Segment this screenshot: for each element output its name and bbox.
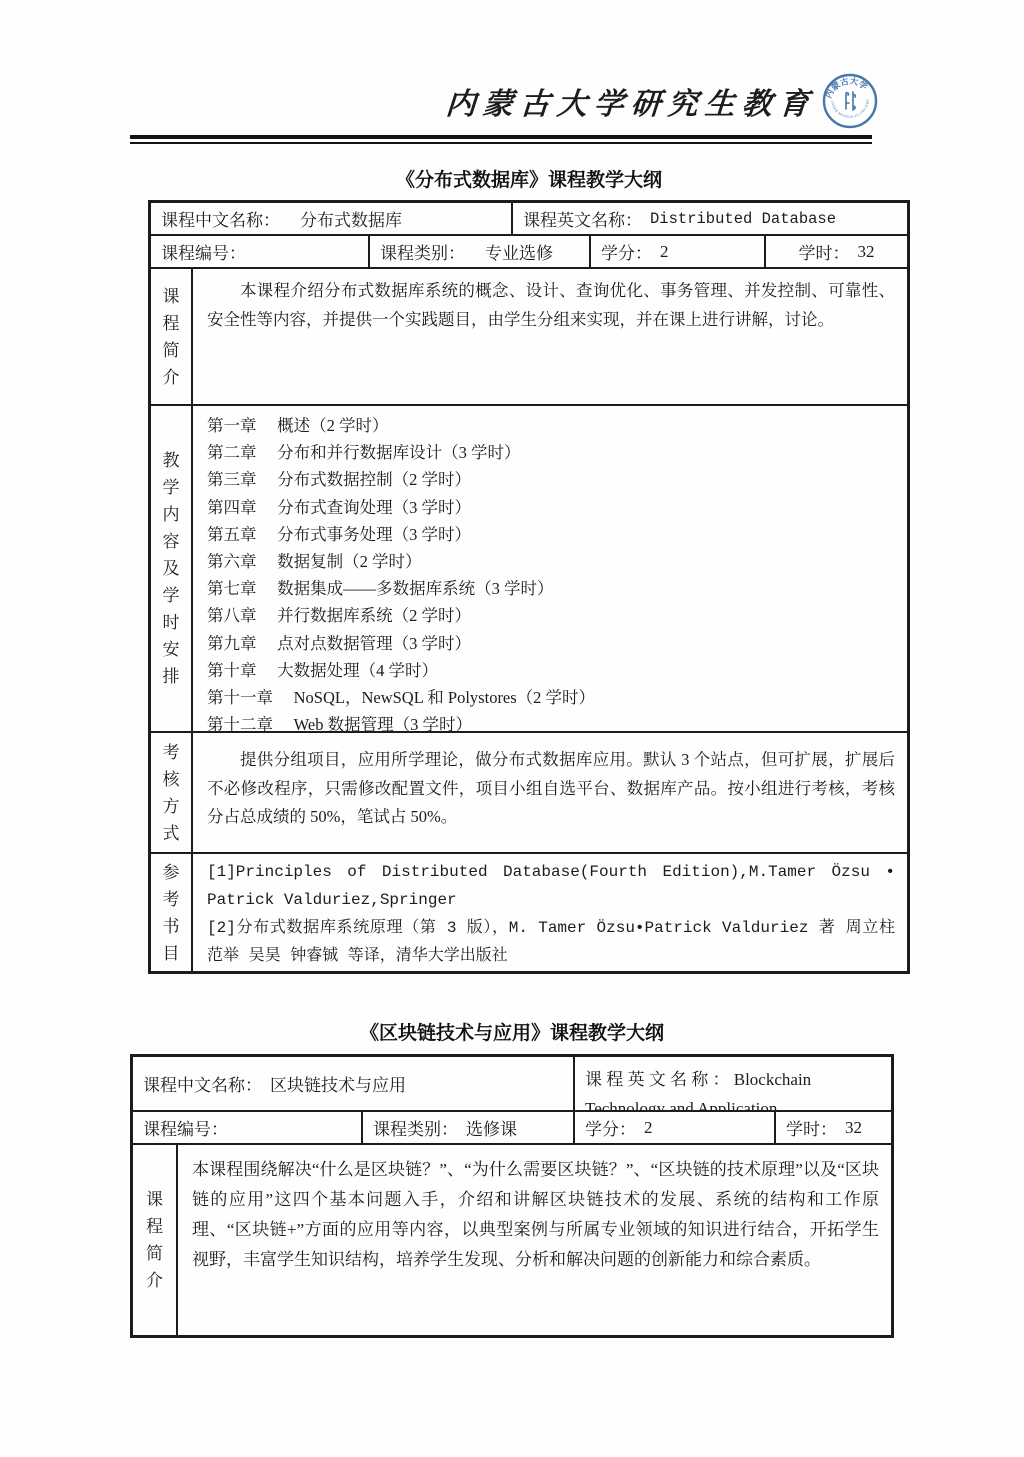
university-seal-icon: 内蒙古大学 INNER MONGOLIA UNIVERSITY [822,73,878,129]
course2-name-cn-label: 课程中文名称： [143,1071,262,1096]
chapter-line: 第八章 并行数据库系统（2 学时） [207,602,895,629]
course1-intro-text: 本课程介绍分布式数据库系统的概念、设计、查询优化、事务管理、并发控制、可靠性、安… [207,277,895,334]
course1-hours-cell: 学时： 32 [766,236,907,267]
course1-row-assessment: 考 核 方 式 提供分组项目，应用所学理论，做分布式数据库应用。默认 3 个站点… [151,733,907,854]
course1-intro-content: 本课程介绍分布式数据库系统的概念、设计、查询优化、事务管理、并发控制、可靠性、安… [193,269,907,404]
chapter-line: 第二章 分布和并行数据库设计（3 学时） [207,439,895,466]
course2-row-meta: 课程编号： 课程类别： 选修课 学分： 2 学时： 32 [133,1112,891,1145]
course2-hours-value: 32 [845,1118,862,1138]
course2-table: 课程中文名称： 区块链技术与应用 课 程 英 文 名 称 ： Blockchai… [130,1054,894,1338]
course1-name-cn-cell: 课程中文名称： 分布式数据库 [151,203,513,234]
course1-intro-header: 课 程 简 介 [151,269,193,404]
page-header: 内蒙古大学研究生教育 内蒙古大学 INNER MONGOLIA UNIVERSI… [0,0,1024,130]
course1-references-header: 参 考 书 目 [151,854,193,971]
course2-intro-content: 本课程围绕解决“什么是区块链？”、“为什么需要区块链？”、“区块链的技术原理”以… [178,1145,891,1335]
course1-title: 《分布式数据库》课程教学大纲 [148,165,910,192]
course2-credit-cell: 学分： 2 [575,1112,776,1143]
course1-row-intro: 课 程 简 介 本课程介绍分布式数据库系统的概念、设计、查询优化、事务管理、并发… [151,269,907,406]
reference-item: [2]分布式数据库系统原理（第 3 版），M. Tamer Özsu•Patri… [207,914,895,970]
course1-credit-cell: 学分： 2 [591,236,766,267]
course2-credit-label: 学分： [585,1115,636,1140]
course2-row-intro: 课 程 简 介 本课程围绕解决“什么是区块链？”、“为什么需要区块链？”、“区块… [133,1145,891,1335]
course1-assessment-header: 考 核 方 式 [151,733,193,852]
course1-row-meta: 课程编号： 课程类别： 专业选修 学分： 2 学时： 32 [151,236,907,269]
document-page: 内蒙古大学研究生教育 内蒙古大学 INNER MONGOLIA UNIVERSI… [0,0,1024,1457]
chapter-line: 第五章 分布式事务处理（3 学时） [207,521,895,548]
course1-code-label: 课程编号： [161,239,246,264]
course1-assessment-text: 提供分组项目，应用所学理论，做分布式数据库应用。默认 3 个站点，但可扩展，扩展… [207,746,895,832]
course2-hours-label: 学时： [786,1115,837,1140]
course1-category-cell: 课程类别： 专业选修 [370,236,591,267]
course1-references-content: [1]Principles of Distributed Database(Fo… [193,854,907,971]
course2-name-en-cell: 课 程 英 文 名 称 ： Blockchain Technology and … [575,1057,891,1110]
chapter-line: 第十一章 NoSQL，NewSQL 和 Polystores（2 学时） [207,684,895,711]
course1-category-label: 课程类别： [380,239,465,264]
course1-code-cell: 课程编号： [151,236,370,267]
chapter-line: 第十章 大数据处理（4 学时） [207,657,895,684]
course1-hours-label: 学时： [799,239,850,264]
chapter-line: 第六章 数据复制（2 学时） [207,548,895,575]
course1-name-en-value: Distributed Database [650,210,836,228]
course2-code-cell: 课程编号： [133,1112,363,1143]
course1-name-en-cell: 课程英文名称： Distributed Database [513,203,907,234]
course2-category-label: 课程类别： [373,1115,458,1140]
course1-name-cn-value: 分布式数据库 [300,206,402,231]
course2-name-cn-cell: 课程中文名称： 区块链技术与应用 [133,1057,575,1110]
course1-row-references: 参 考 书 目 [1]Principles of Distributed Dat… [151,854,907,971]
course2-row-names: 课程中文名称： 区块链技术与应用 课 程 英 文 名 称 ： Blockchai… [133,1057,891,1112]
course1-name-cn-label: 课程中文名称： [161,206,280,231]
course1-table: 课程中文名称： 分布式数据库 课程英文名称： Distributed Datab… [148,200,910,974]
course1-content-header: 教 学 内 容 及 学 时 安 排 [151,406,193,731]
course2-intro-header: 课 程 简 介 [133,1145,178,1335]
course2-intro-text: 本课程围绕解决“什么是区块链？”、“为什么需要区块链？”、“区块链的技术原理”以… [192,1153,879,1275]
course1-assessment-content: 提供分组项目，应用所学理论，做分布式数据库应用。默认 3 个站点，但可扩展，扩展… [193,733,907,852]
chapter-line: 第三章 分布式数据控制（2 学时） [207,466,895,493]
course1-row-names: 课程中文名称： 分布式数据库 课程英文名称： Distributed Datab… [151,203,907,236]
course1-hours-value: 32 [858,242,875,262]
course2-code-label: 课程编号： [143,1115,228,1140]
course2-credit-value: 2 [644,1118,653,1138]
course1-credit-value: 2 [660,242,669,262]
university-name-calligraphy: 内蒙古大学研究生教育 [444,79,817,123]
header-divider-rule [130,135,872,144]
chapter-line: 第九章 点对点数据管理（3 学时） [207,630,895,657]
reference-item: [1]Principles of Distributed Database(Fo… [207,858,895,914]
course2-title: 《区块链技术与应用》课程教学大纲 [130,1018,894,1045]
course1-category-value: 专业选修 [485,239,553,264]
chapter-line: 第七章 数据集成——多数据库系统（3 学时） [207,575,895,602]
chapter-line: 第一章 概述（2 学时） [207,412,895,439]
course2-category-cell: 课程类别： 选修课 [363,1112,575,1143]
course2-category-value: 选修课 [466,1115,517,1140]
course1-row-content: 教 学 内 容 及 学 时 安 排 第一章 概述（2 学时） 第二章 分布和并行… [151,406,907,733]
course2-name-cn-value: 区块链技术与应用 [270,1071,406,1096]
course2-hours-cell: 学时： 32 [776,1112,891,1143]
course1-chapter-list: 第一章 概述（2 学时） 第二章 分布和并行数据库设计（3 学时） 第三章 分布… [193,406,907,731]
course1-name-en-label: 课程英文名称： [523,206,642,231]
chapter-line: 第四章 分布式查询处理（3 学时） [207,494,895,521]
course1-credit-label: 学分： [601,239,652,264]
